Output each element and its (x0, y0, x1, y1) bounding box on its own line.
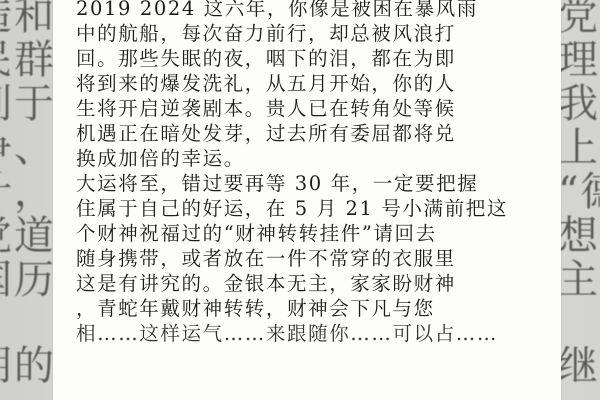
background-fragment: “德 (558, 170, 600, 214)
background-fragment: 党道 (0, 214, 56, 258)
background-fragment: 继续 (558, 344, 600, 388)
text-line: 住属于自己的好运，在 5 月 21 号小满前把这 (76, 196, 546, 221)
text-line: 随身携带，或者放在一件不常穿的衣服里 (76, 246, 546, 271)
background-fragment: 造和 (0, 0, 56, 38)
background-fragment: 国历 (0, 258, 56, 302)
document-photo: 造和 民群 别于 争、 方针， 党道 国历 明的 党， 理论 我扎 上党 “德 … (0, 0, 600, 400)
background-fragment: 主义 (558, 258, 600, 302)
background-fragment: 理论 (558, 38, 600, 82)
text-line: ，青蛇年戴财神转转，财神会下凡与您 (76, 296, 546, 321)
background-fragment: 上党 (558, 126, 600, 170)
background-page-right: 党， 理论 我扎 上党 “德 想义 主义 继续 (558, 0, 600, 400)
text-line: 这是有讲究的。金银本无主，家家盼财神 (76, 271, 546, 296)
text-line: 生将开启逆袭剧本。贵人已在转角处等候 (76, 96, 546, 121)
background-fragment: 争、 (0, 126, 56, 170)
text-line: 大运将至，错过要再等 30 年，一定要把握 (76, 171, 546, 196)
text-line: 机遇正在暗处发芽，过去所有委屈都将兑 (76, 121, 546, 146)
background-fragment: 方针， (0, 170, 56, 214)
text-line: 个财神祝福过的“财神转转挂件”请回去 (76, 221, 546, 246)
text-line: 2019 2024 这六年，你像是被困在暴风雨 (76, 0, 546, 21)
background-fragment: 想义 (558, 214, 600, 258)
background-fragment: 民群 (0, 38, 56, 82)
background-fragment: 党， (558, 0, 600, 38)
text-line-cut-off: 相……这样运气……来跟随你……可以占…… (76, 321, 546, 346)
background-page-left: 造和 民群 别于 争、 方针， 党道 国历 明的 (0, 0, 56, 400)
background-fragment: 别于 (0, 82, 56, 126)
text-line: 回。那些失眠的夜，咽下的泪，都在为即 (76, 46, 546, 71)
text-panel: 2019 2024 这六年，你像是被困在暴风雨 中的航船，每次奋力前行，却总被风… (53, 0, 561, 400)
text-line: 将到来的爆发洗礼，从五月开始，你的人 (76, 71, 546, 96)
background-fragment: 我扎 (558, 82, 600, 126)
body-text: 2019 2024 这六年，你像是被困在暴风雨 中的航船，每次奋力前行，却总被风… (76, 0, 546, 346)
background-fragment: 明的 (0, 344, 56, 388)
text-line: 换成加倍的幸运。 (76, 146, 546, 171)
text-line: 中的航船，每次奋力前行，却总被风浪打 (76, 21, 546, 46)
